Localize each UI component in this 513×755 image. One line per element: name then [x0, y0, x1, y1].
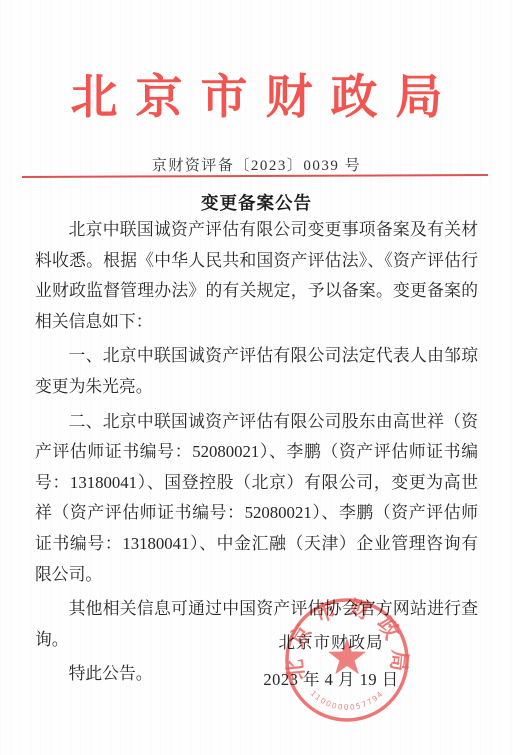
document-number: 京财资评备〔2023〕0039 号	[0, 154, 513, 175]
paragraph-intro: 北京中联国诚资产评估有限公司变更事项备案及有关材料收悉。根据《中华人民共和国资产…	[35, 215, 478, 337]
signature-date: 2023 年 4 月 19 日	[231, 666, 431, 690]
document-page: 北京市财政局 京财资评备〔2023〕0039 号 变更备案公告 北京中联国诚资产…	[0, 0, 513, 755]
agency-letterhead: 北京市财政局	[0, 60, 513, 127]
signature-org: 北京市财政局	[231, 629, 431, 653]
announcement-title: 变更备案公告	[0, 190, 513, 215]
announcement-body: 北京中联国诚资产评估有限公司变更事项备案及有关材料收悉。根据《中华人民共和国资产…	[35, 215, 478, 694]
paragraph-item-1: 一、北京中联国诚资产评估有限公司法定代表人由邹琼变更为朱光亮。	[35, 341, 478, 402]
paragraph-item-2: 二、北京中联国诚资产评估有限公司股东由高世祥（资产评估师证书编号：5208002…	[35, 407, 478, 591]
signature-block: 北京市财政局 2023 年 4 月 19 日	[231, 629, 431, 690]
